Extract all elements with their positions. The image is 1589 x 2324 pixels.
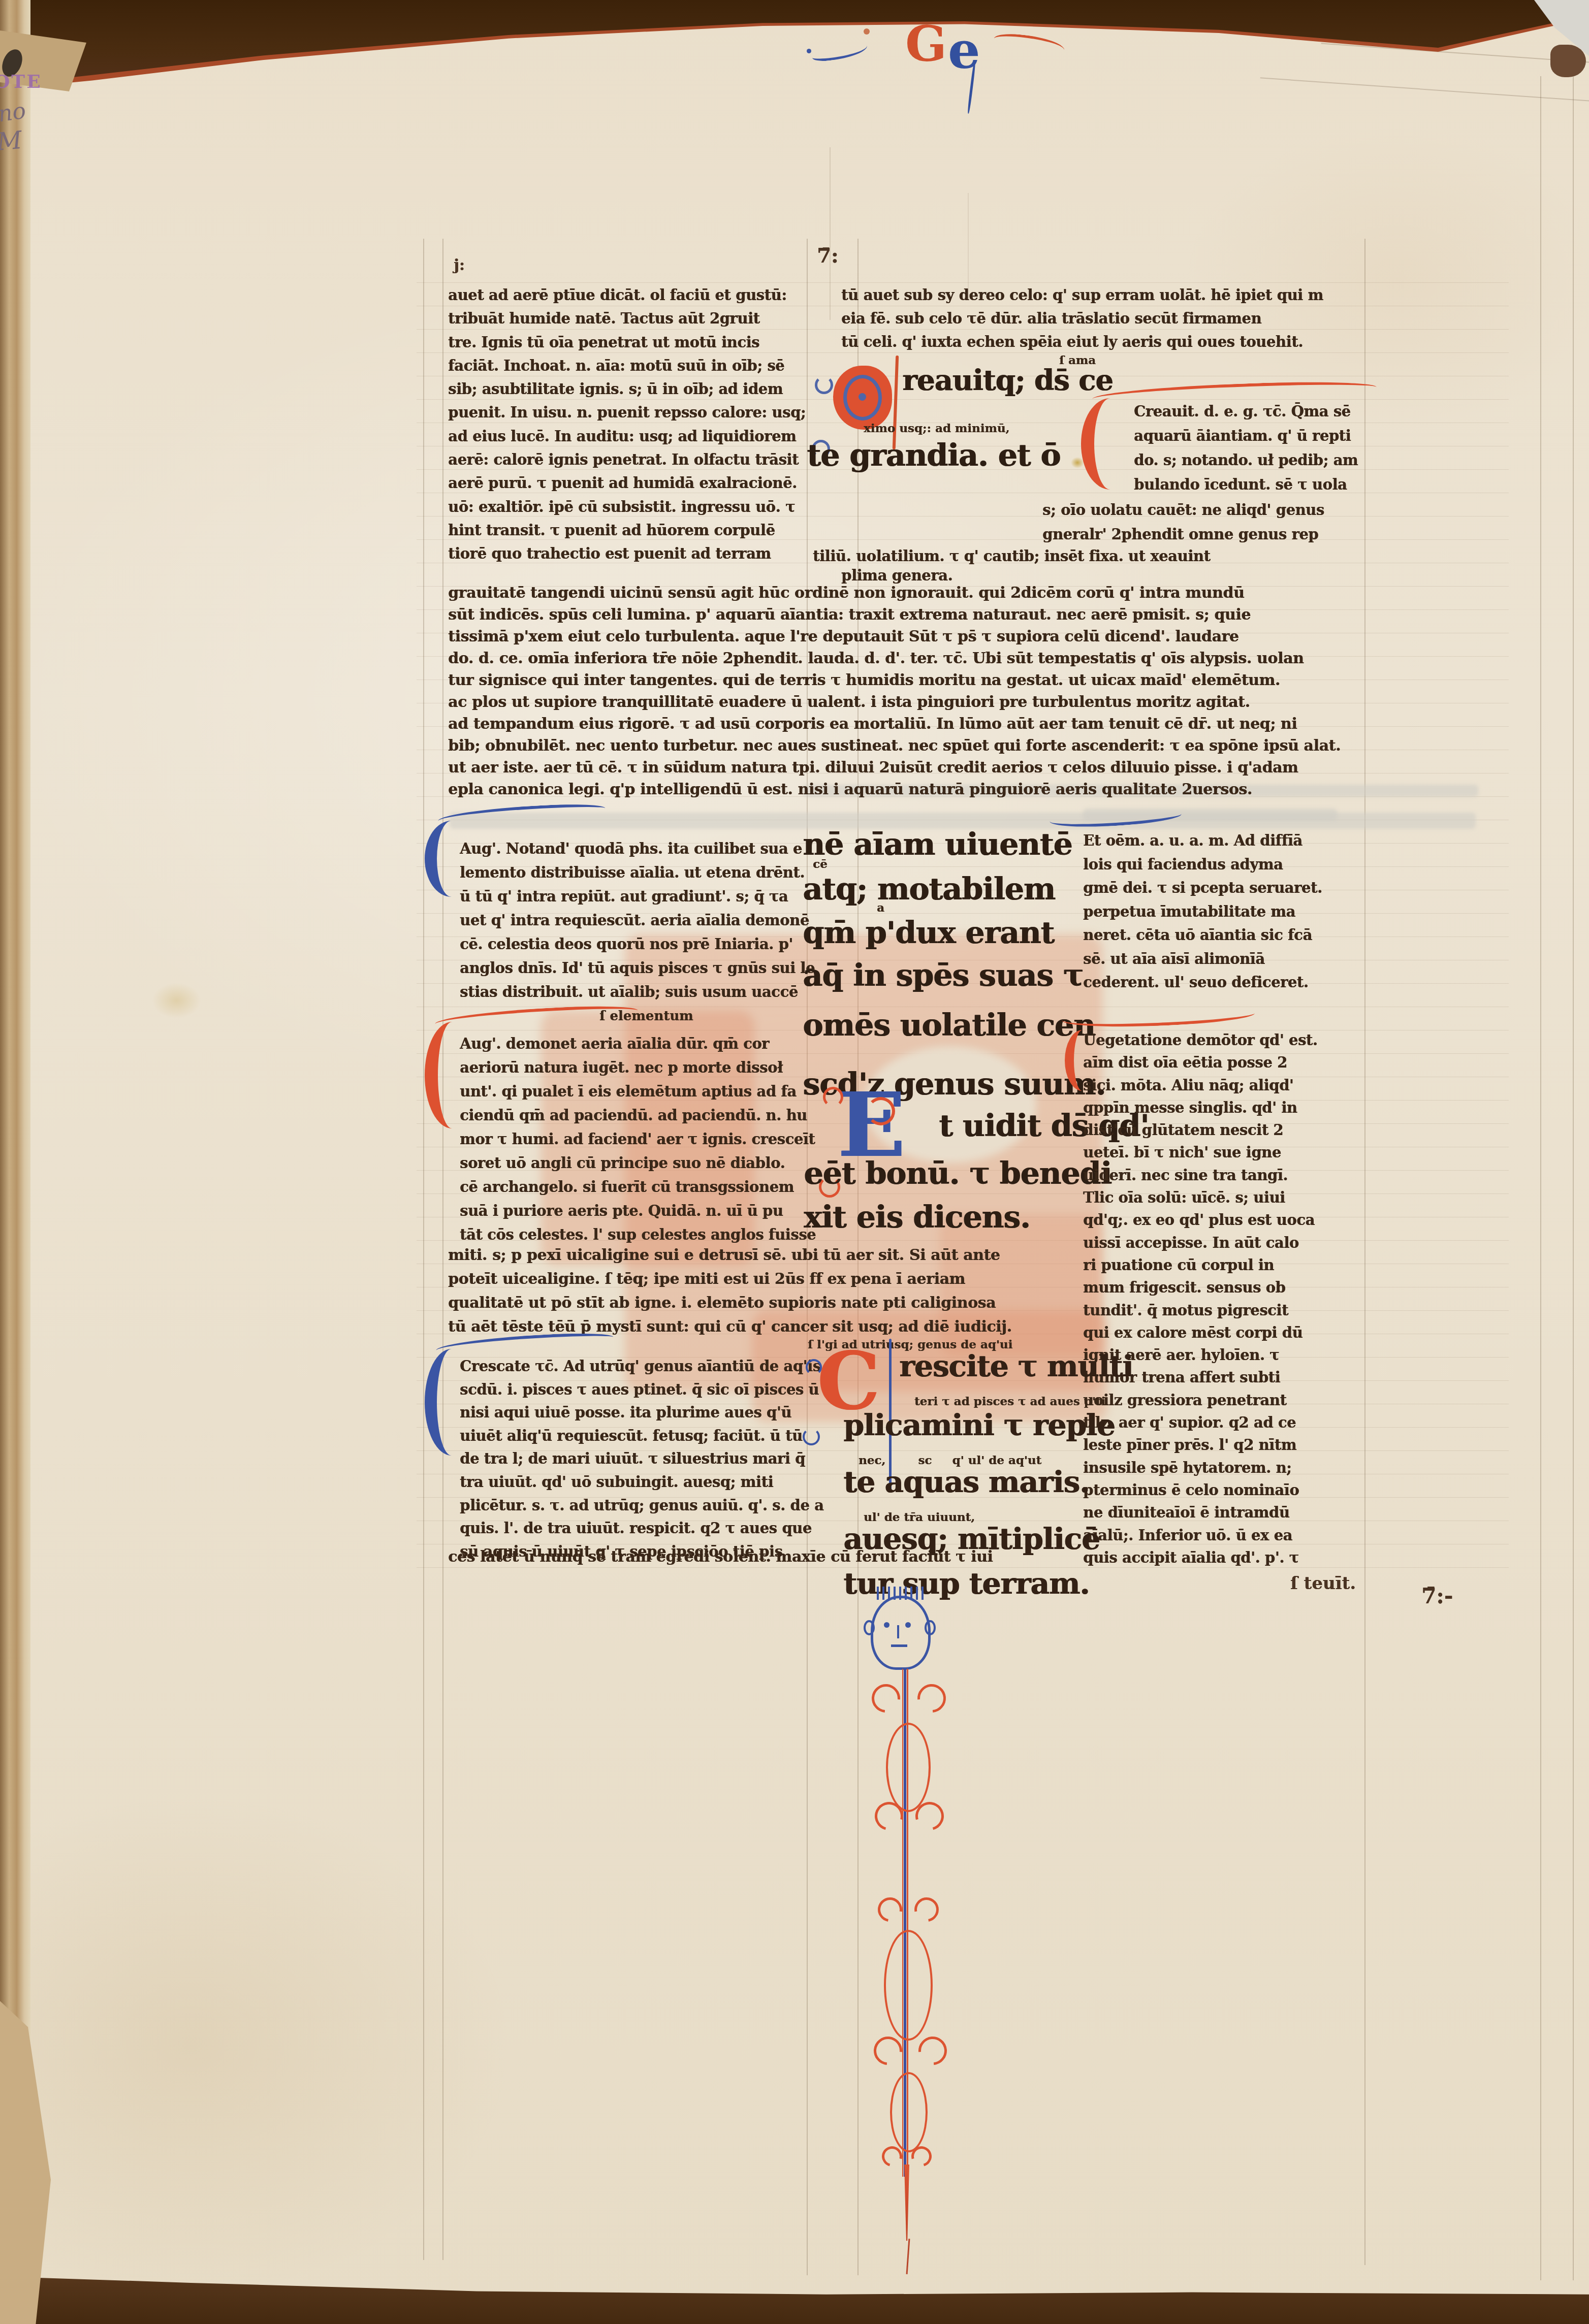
flourish-body (890, 2072, 928, 2152)
text-line: tundit'. q̄ motus pigrescit (1083, 1299, 1318, 1321)
gloss-paragraph-right-indent: Creauit. d. e. g. τc̄. Q̄ma sēaquarū āia… (1134, 399, 1358, 497)
text-line: perpetua īmutabilitate ma (1083, 900, 1322, 924)
text-line: pterminus ē celo nominaīo (1083, 1479, 1318, 1501)
running-title-letter-e: e (948, 20, 980, 80)
gloss-paragraph-augustine-1: Aug'. Notand' quodā phs. ita cuilibet su… (460, 837, 815, 1004)
doodle-ear (864, 1620, 875, 1635)
filigree-curl-red (867, 1097, 895, 1125)
flourish-scroll (866, 1679, 906, 1719)
flourish-scroll (910, 1893, 944, 1927)
header-flourish-dot (807, 49, 811, 53)
library-stamp-fragment: OTE (0, 71, 42, 92)
doodle-eye (905, 1622, 911, 1628)
gloss-note: ſ teuīt. (1290, 1573, 1356, 1594)
text-line: de tra l; de mari uiuūt. τ siluestrius m… (460, 1447, 823, 1471)
text-line: cē archangelo. si fuerīt cū transgssione… (460, 1175, 816, 1199)
filigree-curl-blue (803, 1428, 820, 1445)
text-line: sib; asubtilitate ignis. s; ū in oīb; ad… (448, 377, 806, 401)
flourish-body (884, 1930, 933, 2041)
doodle-mouth (891, 1644, 907, 1647)
text-line: cē. celestia deos quorū nos prē Iniaria.… (460, 932, 815, 956)
text-line: ac plos ut supiore tranquillitatē euader… (448, 691, 1341, 713)
flourish-taper (904, 2165, 909, 2241)
header-flourish-red (993, 32, 1066, 57)
gutter-leaf-edge (0, 2001, 51, 2324)
gutter-page-edges (0, 0, 30, 2324)
text-line: uissī accepisse. In aūt calo (1083, 1232, 1318, 1254)
flourish-tail (906, 2239, 910, 2274)
text-line: sūt indicēs. spūs celi lumina. p' aquarū… (448, 604, 1341, 626)
text-line: lois qui faciendus adyma (1083, 853, 1322, 877)
text-line: uō: exaltiōr. ipē cū subsistit. ingressu… (448, 495, 806, 519)
text-line: suā i puriore aeris pte. Quidā. n. uī ū … (460, 1199, 816, 1223)
gloss-paragraph-right-a: Et oēm. a. u. a. m. Ad diffīālois qui fa… (1083, 829, 1322, 994)
ruling-line (1573, 76, 1574, 2280)
bottom-book-edge (0, 2271, 1589, 2324)
lemma-line: nē aīam uiuentē (803, 827, 1072, 862)
text-line: auet ad aerē ptīue dicāt. ol faciū et gu… (448, 283, 806, 307)
text-line: mor τ humi. ad faciend' aer τ ignis. cre… (460, 1127, 816, 1151)
ruling-line (1540, 76, 1541, 2280)
text-line: plicētur. s. τ. ad utrūq; genus auiū. q'… (460, 1494, 823, 1518)
stain (152, 983, 201, 1018)
text-line: sē. ut aīa aīsī alimonīā (1083, 947, 1322, 971)
text-line: Et oēm. a. u. a. m. Ad diffīā (1083, 829, 1322, 853)
header-flourish-blue (811, 41, 869, 62)
manuscript-page: OTE no M G e j: 7̄: 7̄:- auet ad aerē pt… (0, 0, 1589, 2324)
red-speck (864, 28, 870, 35)
text-line: uiuēt aliq'ū requiescūt. fetusq; faciūt.… (460, 1425, 823, 1448)
tie-mark: 7̄: (817, 244, 839, 268)
lemma-line: xit eis dicens. (804, 1200, 1030, 1235)
text-line: epla canonica legi. q'p intelligendū ū e… (448, 779, 1341, 800)
text-line: tiorē quo trahectio est puenit ad terram (448, 542, 806, 565)
text-line: gneralr' 2phendit omne genus rep (1042, 522, 1324, 546)
lemma-line: atq; motabilem (803, 872, 1055, 907)
gloss-paragraph-augustine-2: Aug'. demonet aeria aīalia dūr. qm̄ cora… (460, 1032, 816, 1247)
interlinear-gloss: teri τ ad pisces τ ad aues p'ti (914, 1395, 1105, 1408)
text-line: tissimā p'xem eiut celo turbulenta. aque… (448, 626, 1341, 648)
gloss-paragraph-bottom-left: Crescate τc̄. Ad utrūq' genus aīantiū de… (460, 1355, 823, 1563)
lemma-line: auesq; mītiplicē (843, 1522, 1100, 1556)
text-line: ne dīuniteaīoī ē intramdū (1083, 1501, 1318, 1524)
text-line: dist'cū glūtatem nescit 2 (1083, 1119, 1318, 1141)
text-line: hint transit. τ puenit ad hūorem corpulē (448, 519, 806, 542)
lemma-line: te aquas maris. (843, 1465, 1089, 1499)
lemma-line: aq̄ in spēs suas τ (803, 958, 1083, 993)
text-line: scdū. i. pisces τ aues ptinet. q̄ sic oī… (460, 1378, 823, 1402)
interlinear-gloss: a (877, 901, 884, 915)
text-line: ad tempandum eius rigorē. τ ad usū corpo… (448, 713, 1341, 735)
text-line: tilz. aer q' supior. q2 ad ce (1083, 1411, 1318, 1434)
text-line: tra uiuūt. qd' uō subuingit. auesq; miti (460, 1471, 823, 1494)
filigree-curl-red (823, 1087, 843, 1107)
interlinear-gloss: cē (813, 857, 828, 871)
text-line: puenit. In uisu. n. puenit repsso calore… (448, 401, 806, 424)
tie-mark: 7̄:- (1421, 1584, 1453, 1608)
gloss-column-top-left: auet ad aerē ptīue dicāt. ol faciū et gu… (448, 283, 806, 566)
text-line: soret uō angli cū principe suo nē diablo… (460, 1151, 816, 1175)
flourish-scroll (913, 2031, 953, 2071)
gloss-fullwidth: grauitatē tangendi uicinū sensū agit hūc… (448, 582, 1341, 800)
text-line: ut aer iste. aer tū cē. τ in sūidum natu… (448, 757, 1341, 779)
stain (1071, 457, 1084, 468)
text-line: Aug'. demonet aeria aīalia dūr. qm̄ cor (460, 1032, 816, 1056)
doodle-nose (897, 1625, 899, 1638)
text-line: qui ex calore mēst corpi dū (1083, 1321, 1318, 1344)
doodle-ear (925, 1620, 936, 1635)
text-line: leste pīner prēs. l' q2 nītm (1083, 1434, 1318, 1456)
initial-filigree (859, 393, 866, 401)
text-line: Crescate τc̄. Ad utrūq' genus aīantiū de… (460, 1355, 823, 1378)
lemma-line: rescite τ multi (899, 1349, 1133, 1383)
text-line: grauitatē tangendi uicinū sensū agit hūc… (448, 582, 1341, 604)
text-line: aeriorū natura iugēt. nec p morte dissoł (460, 1056, 816, 1080)
ruling-line (1260, 77, 1589, 101)
doodle-eye (884, 1622, 889, 1628)
tie-mark: j: (454, 256, 465, 274)
text-line: do. d. ce. omīa inferiora tr̄e nōie 2phe… (448, 648, 1341, 669)
text-line: insusile spē hytatorem. n; (1083, 1457, 1318, 1479)
text-line: aerē purū. τ puenit ad humidā exalracion… (448, 471, 806, 495)
text-line: Uegetatione demōtor qd' est. (1083, 1029, 1318, 1051)
text-line: ū tū q' intra repiūt. aut gradiunt'. s; … (460, 885, 815, 909)
text-line: miti. s; p pexī uicaligine sui e detrusī… (448, 1243, 1012, 1267)
gloss-column-top-right: tū auet sub sy dereo celo: q' sup erram … (841, 283, 1323, 353)
text-line: quis accipit aīalia qd'. p'. τ (1083, 1546, 1318, 1569)
text-line: poteīt uicealigine. ſ tēq; ipe miti est … (448, 1267, 1012, 1291)
lemma-line: reauitq; ds̄ ce (902, 364, 1113, 397)
text-line: aīalū;. Inferior uō. ū ex ea (1083, 1524, 1318, 1546)
text-line: uiderī. nec sine tra tangī. (1083, 1164, 1318, 1186)
text-line: tre. Ignis tū oīa penetrat ut motū incis (448, 331, 806, 354)
ruling-line (830, 147, 831, 320)
text-line: qualitatē ut pō stīt ab igne. i. elemēto… (448, 1291, 1012, 1315)
text-line: sici. mōta. Aliu nāq; aliqd' (1083, 1074, 1318, 1096)
text-line: do. s; notando. uł pedib; am (1134, 448, 1358, 472)
decorated-initial-C (833, 366, 892, 430)
text-line: Tlic oīa solū: uīcē. s; uiui (1083, 1186, 1318, 1209)
text-line: Aug'. Notand' quodā phs. ita cuilibet su… (460, 837, 815, 861)
text-line: quis. l'. de tra uiuūt. respicit. q2 τ a… (460, 1517, 823, 1540)
filigree-curl (815, 376, 833, 394)
text-line: ueteī. bī τ nich' sue igne (1083, 1141, 1318, 1164)
text-line: bib; obnubilēt. nec uento turbetur. nec … (448, 735, 1341, 757)
doodle-face (871, 1596, 931, 1670)
text-line: ciendū qm̄ ad paciendū. ad paciendū. n. … (460, 1104, 816, 1127)
text-line: eia fē. sub celo τē dūr. alia trāslatio … (841, 307, 1323, 330)
text-line: uet q' intra requiescūt. aeria aīalia de… (460, 909, 815, 932)
text-line: nisi aqui uiuē posse. ita plurime aues q… (460, 1401, 823, 1425)
text-line: uoilz gressiora penetrant (1083, 1389, 1318, 1411)
text-line: faciāt. Inchoat. n. aīa: motū suū in oīb… (448, 354, 806, 377)
text-line: ad eius lucē. In auditu: usq; ad liquidi… (448, 425, 806, 448)
lemma-line: omēs uolatile cen (803, 1008, 1095, 1043)
text-line: lemento distribuisse aīalia. ut etena dr… (460, 861, 815, 885)
text-line: qppīn messe singlis. qd' in (1083, 1096, 1318, 1119)
text-line: aīm dist oīa eētia posse 2 (1083, 1051, 1318, 1074)
text-line: stias distribuit. ut aīalib; suis usum u… (460, 980, 815, 1004)
text-line: qd'q;. ex eo qd' plus est uoca (1083, 1209, 1318, 1231)
text-line: anglos dnīs. Id' tū aquis pisces τ gnūs … (460, 956, 815, 980)
doodle-head-outline (871, 1596, 931, 1670)
ruling-line (423, 239, 424, 2260)
lemma-line: eēt bonū. τ benedi (804, 1156, 1111, 1191)
marginal-handwriting: no (0, 98, 27, 127)
lemma-line: te grandia. et ō (807, 438, 1060, 473)
text-line: neret. cēta uō aīantia sic fcā (1083, 923, 1322, 947)
text-line: s; oīo uolatu cauēt: ne aliqd' genus (1042, 498, 1324, 522)
text-line: aquarū āiantiam. q' ū repti (1134, 424, 1358, 448)
ruling-line (1364, 239, 1365, 2265)
text-line: mum frigescit. sensus ob (1083, 1276, 1318, 1299)
text-line: aerē: calorē ignis penetrat. In olfactu … (448, 448, 806, 471)
gloss-line: tiliū. uolatilium. τ q' cautib; insēt fi… (813, 547, 1210, 565)
flourish-scroll (912, 1679, 952, 1719)
filigree-curl-blue (806, 1359, 822, 1375)
text-line: unt'. qi pualet ī eis elemētum aptius ad… (460, 1080, 816, 1104)
gloss-midwidth: miti. s; p pexī uicaligine sui e detrusī… (448, 1243, 1012, 1339)
page-corner-fragment (1550, 45, 1586, 77)
text-line: bulando īcedunt. sē τ uola (1134, 472, 1358, 497)
lemma-line: plicamini τ reple (843, 1408, 1115, 1442)
gloss-line: plima genera. (841, 567, 952, 584)
text-line: Creauit. d. e. g. τc̄. Q̄ma sē (1134, 399, 1358, 424)
running-title-letter-G: G (905, 15, 947, 73)
gloss-paragraph-right-b: Uegetatione demōtor qd' est.aīm dist oīa… (1083, 1029, 1318, 1569)
flourish-body (886, 1723, 931, 1812)
text-line: tū auet sub sy dereo celo: q' sup erram … (841, 283, 1323, 307)
gloss-paragraph-right-tail: s; oīo uolatu cauēt: ne aliqd' genusgner… (1042, 498, 1324, 546)
text-line: cederent. ul' seuo deficeret. (1083, 971, 1322, 994)
text-line: tribuāt humide natē. Tactus aūt 2gruit (448, 307, 806, 330)
text-line: ri puatione cū corpul in (1083, 1254, 1318, 1276)
ruling-line (442, 239, 443, 2260)
interlinear-gloss: ximo usq;: ad minimū, (864, 422, 1009, 435)
marginal-handwriting: M (0, 126, 23, 156)
text-line: gmē dei. τ si pcepta seruaret. (1083, 876, 1322, 900)
text-line: tū celi. q' iuxta echen spēia eiut ly ae… (841, 330, 1323, 353)
lemma-line: qm̄ p'dux erant (803, 915, 1054, 951)
text-line: tur signisce qui inter tangentes. qui de… (448, 669, 1341, 691)
